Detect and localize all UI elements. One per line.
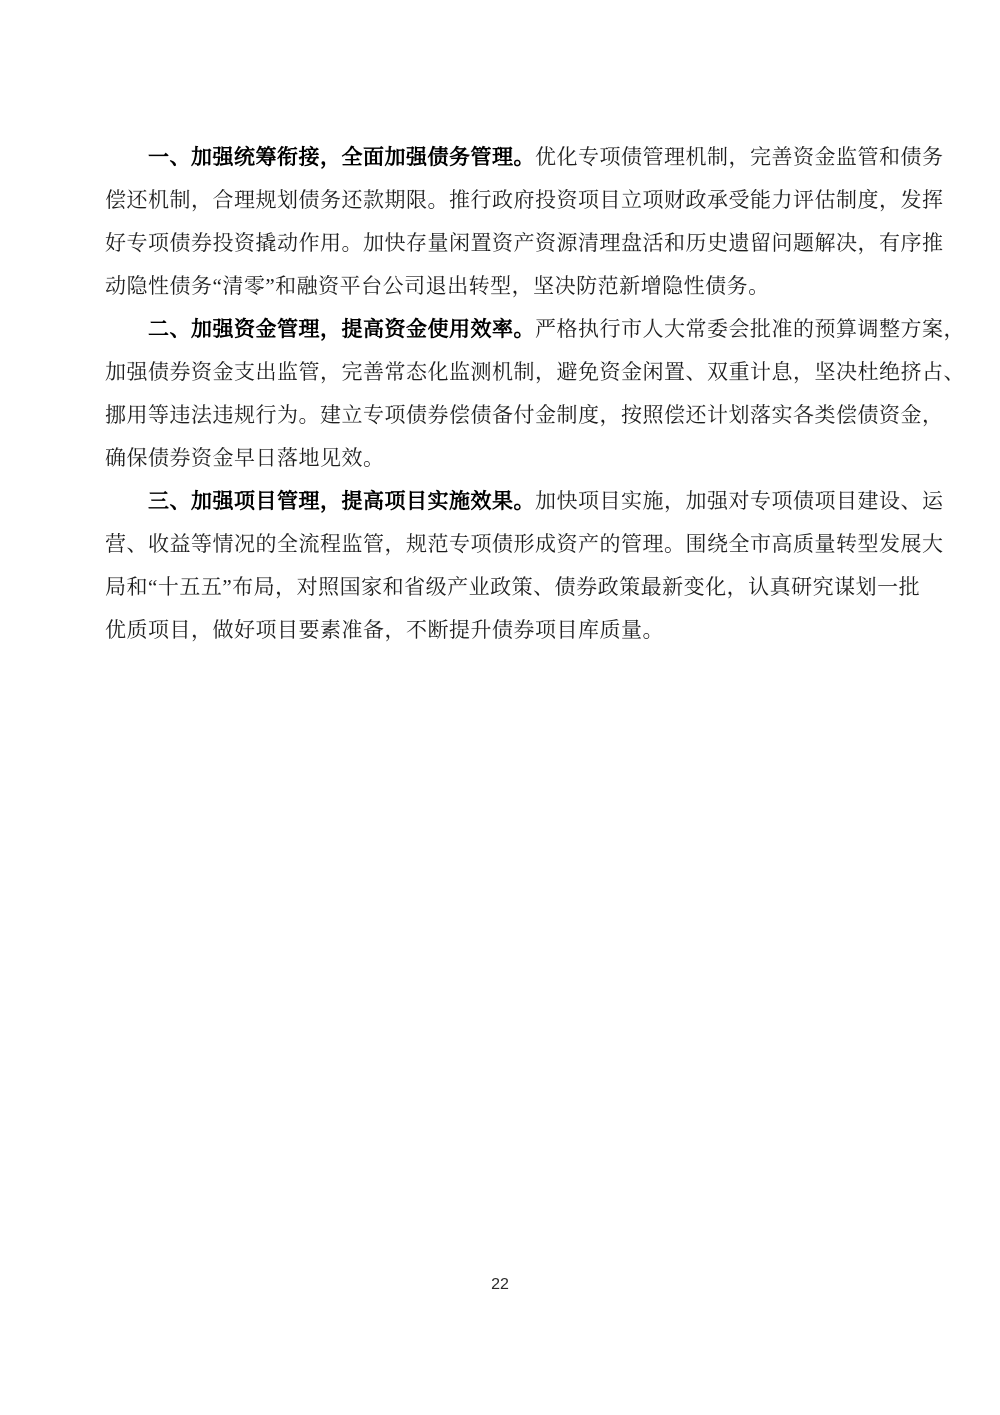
paragraph-1-line-2: 偿还机制，合理规划债务还款期限。推行政府投资项目立项财政承受能力评估制度，发挥 [105,179,897,222]
paragraph-1-line-1: 一、加强统筹衔接，全面加强债务管理。优化专项债管理机制，完善资金监管和债务 [105,136,897,179]
paragraph-2-line-1: 二、加强资金管理，提高资金使用效率。严格执行市人大常委会批准的预算调整方案， [105,308,897,351]
paragraph-2-heading: 二、加强资金管理，提高资金使用效率。 [148,318,535,341]
paragraph-3-line-3: 局和“十五五”布局，对照国家和省级产业政策、债券政策最新变化，认真研究谋划一批 [105,566,897,609]
paragraph-3-line-1-text: 加快项目实施，加强对专项债项目建设、运 [535,489,944,513]
paragraph-1-line-4: 动隐性债务“清零”和融资平台公司退出转型，坚决防范新增隐性债务。 [105,265,897,308]
paragraph-3-line-1: 三、加强项目管理，提高项目实施效果。加快项目实施，加强对专项债项目建设、运 [105,480,897,523]
paragraph-3-heading: 三、加强项目管理，提高项目实施效果。 [148,490,535,513]
document-body: 一、加强统筹衔接，全面加强债务管理。优化专项债管理机制，完善资金监管和债务 偿还… [105,136,897,652]
paragraph-2-line-2: 加强债券资金支出监管，完善常态化监测机制，避免资金闲置、双重计息，坚决杜绝挤占、 [105,351,897,394]
paragraph-2-line-1-text: 严格执行市人大常委会批准的预算调整方案， [535,317,965,341]
paragraph-2-line-4: 确保债券资金早日落地见效。 [105,437,897,480]
paragraph-1-line-3: 好专项债券投资撬动作用。加快存量闲置资产资源清理盘活和历史遗留问题解决，有序推 [105,222,897,265]
paragraph-1-line-1-text: 优化专项债管理机制，完善资金监管和债务 [535,145,944,169]
page-number: 22 [0,1276,1000,1294]
paragraph-2-line-3: 挪用等违法违规行为。建立专项债券偿债备付金制度，按照偿还计划落实各类偿债资金， [105,394,897,437]
paragraph-3-line-4: 优质项目，做好项目要素准备，不断提升债券项目库质量。 [105,609,897,652]
document-page: 一、加强统筹衔接，全面加强债务管理。优化专项债管理机制，完善资金监管和债务 偿还… [0,0,1000,1415]
paragraph-1-heading: 一、加强统筹衔接，全面加强债务管理。 [148,146,535,169]
paragraph-3-line-2: 营、收益等情况的全流程监管，规范专项债形成资产的管理。围绕全市高质量转型发展大 [105,523,897,566]
